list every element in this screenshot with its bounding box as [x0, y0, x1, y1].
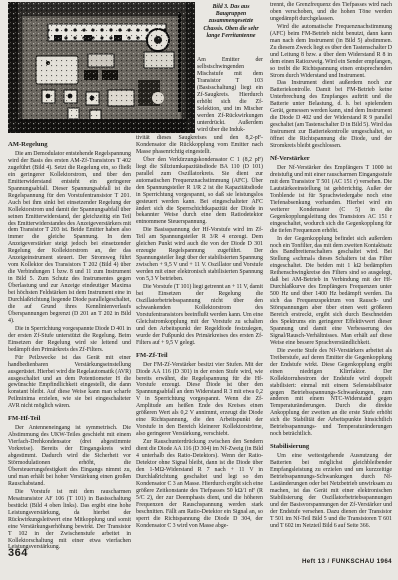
paragraph: Die zweite Stufe des Nf-Verstärkers arbe… [270, 348, 392, 438]
paragraph: Über den Verkürzungskondensator C 1 (8,2… [136, 157, 263, 227]
paragraph: Am Emitter der selbstschwingenden Mischs… [197, 57, 263, 133]
paragraph: Das Instrument dient außerdem noch zur B… [270, 80, 392, 150]
paragraph: tivität dieses Saugkreises und den 8,2-p… [136, 135, 263, 156]
column-right: trennt, die Grenzfrequenz des Tiefpasses… [270, 2, 392, 531]
section-heading-stabilisierung: Stabilisierung [270, 443, 392, 451]
section-heading-am-regelung: AM-Regelung [8, 141, 131, 149]
paragraph: Für Peilzwecke ist das Gerät mit einer h… [8, 355, 131, 411]
paragraph: In der Gegenkopplung befindet sich außer… [270, 236, 392, 347]
section-heading-fm-zf-teil: FM-Zf-Teil [136, 352, 263, 360]
issue-footer: Heft 13 / FUNKSCHAU 1964 [302, 558, 392, 565]
photo-caption: Bild 3. Das aus Baugruppen zusammengeset… [199, 4, 263, 40]
paragraph: Die in Sperrichtung vorgespannte Diode D… [8, 326, 131, 354]
column-middle: tivität dieses Saugkreises und den 8,2-p… [136, 135, 263, 530]
paragraph: Wird die automatische Frequenznachstimmu… [270, 24, 392, 80]
column-left: AM-Regelung Die am Demodulator entstehen… [8, 136, 131, 552]
paragraph: Die am Demodulator entstehende Regelspan… [8, 151, 131, 325]
paragraph: Der FM-Zf-Verstärker besitzt vier Stufen… [136, 362, 263, 438]
section-heading-fm-hf-teil: FM-Hf-Teil [8, 415, 131, 423]
paragraph: Die Basisspannung der Hf-Vorstufe wird i… [136, 227, 263, 283]
paragraph: Die Vorstufe ist mit dem rauscharmen Mes… [8, 489, 131, 552]
paragraph: trennt, die Grenzfrequenz des Tiefpasses… [270, 2, 392, 23]
chassis-photo-art [8, 2, 195, 133]
column-middle-beside-photo: Am Emitter der selbstschwingenden Mischs… [197, 57, 263, 134]
paragraph: Der Antenneneingang ist symmetrisch. Die… [8, 425, 131, 488]
section-heading-nf-verstaerker: Nf-Verstärker [270, 155, 392, 163]
page-number: 364 [8, 547, 28, 559]
paragraph: Der Nf-Verstärker des Empfängers T 1000 … [270, 165, 392, 235]
paragraph: Um eine weitestgehende Ausnutzung der Ba… [270, 453, 392, 529]
paragraph: Die Vorstufe (T 101) liegt getrennt an +… [136, 284, 263, 347]
magazine-page: Bild 3. Das aus Baugruppen zusammengeset… [0, 0, 398, 580]
paragraph: Zur Rauschunterdrückung zwischen den Sen… [136, 439, 263, 529]
chassis-photo [8, 2, 195, 133]
